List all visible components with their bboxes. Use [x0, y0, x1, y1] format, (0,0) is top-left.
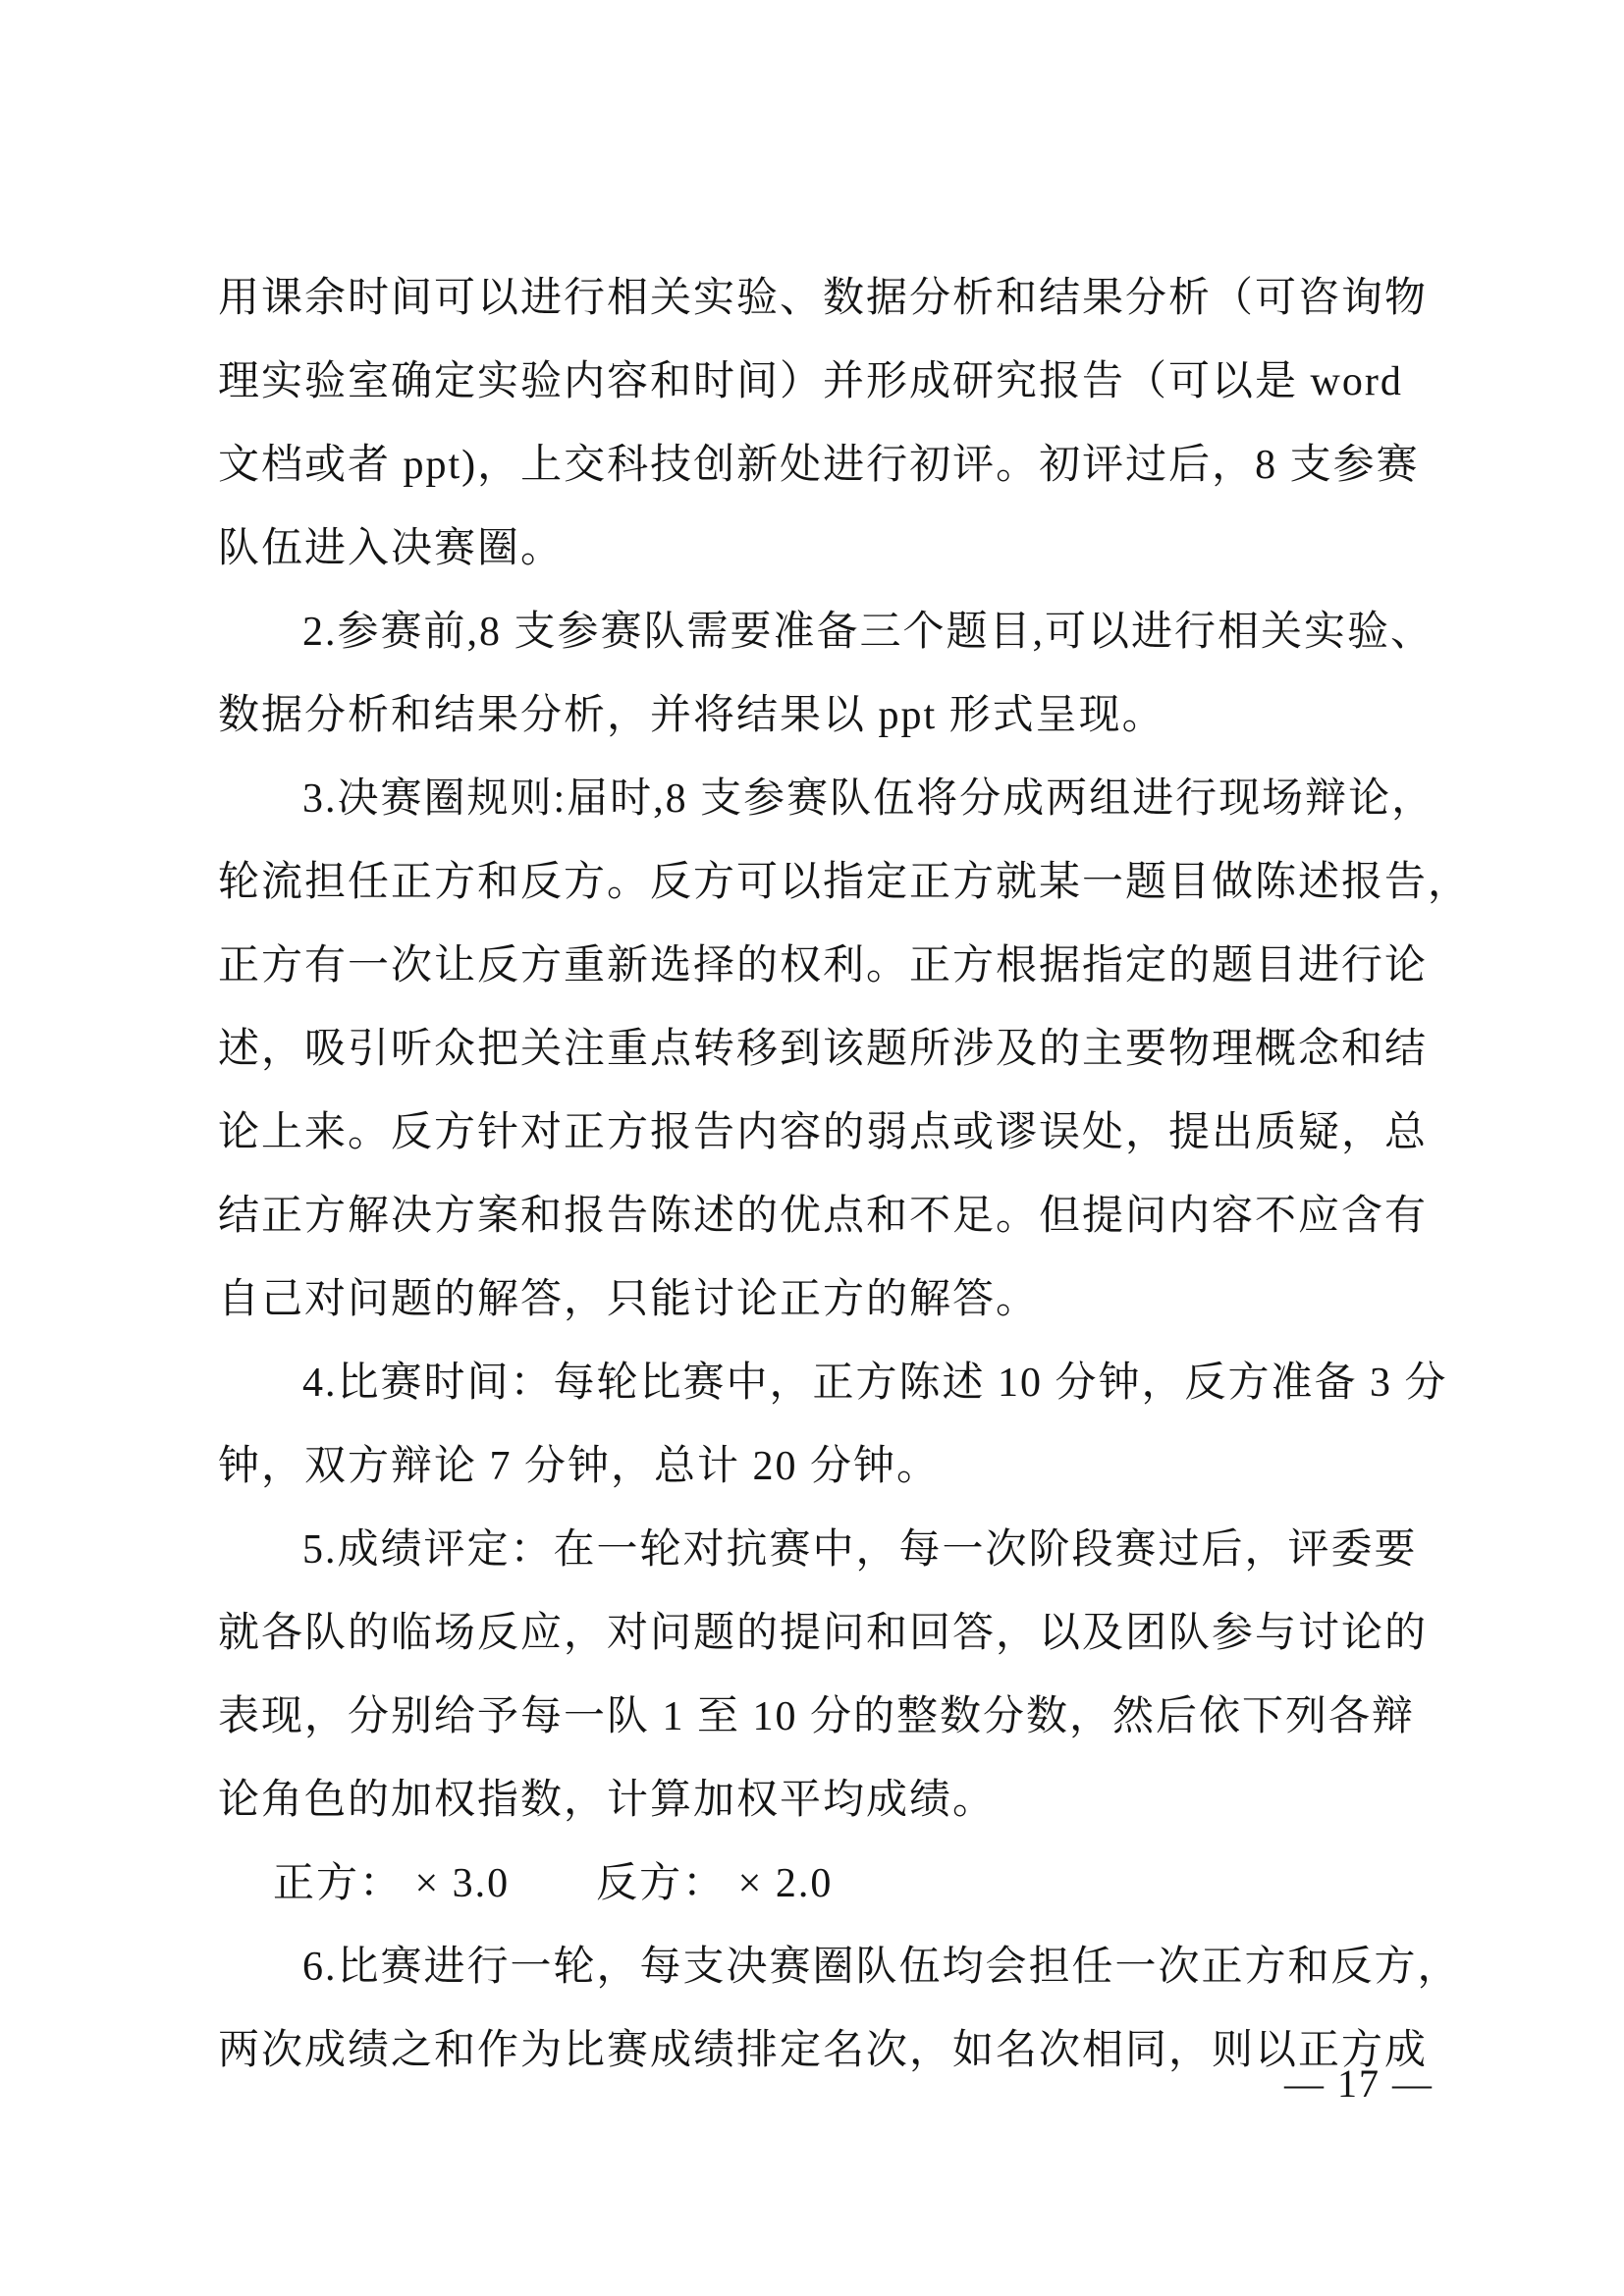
text-line: 论上来。反方针对正方报告内容的弱点或谬误处，提出质疑，总 [218, 1092, 1435, 1175]
text-line: 6.比赛进行一轮，每支决赛圈队伍均会担任一次正方和反方， [218, 1926, 1435, 2009]
text-line: 正方有一次让反方重新选择的权利。正方根据指定的题目进行论 [218, 925, 1435, 1008]
text-line: 文档或者 ppt)，上交科技创新处进行初评。初评过后，8 支参赛 [218, 424, 1435, 507]
text-line: 队伍进入决赛圈。 [218, 507, 1435, 591]
text-line: 自己对问题的解答，只能讨论正方的解答。 [218, 1258, 1435, 1342]
text-line: 3.决赛圈规则:届时,8 支参赛队伍将分成两组进行现场辩论， [218, 758, 1435, 841]
text-line: 2.参赛前,8 支参赛队需要准备三个题目,可以进行相关实验、 [218, 591, 1435, 674]
text-line: 结正方解决方案和报告陈述的优点和不足。但提问内容不应含有 [218, 1175, 1435, 1258]
text-line: 理实验室确定实验内容和时间）并形成研究报告（可以是 word [218, 341, 1435, 424]
text-line: 述，吸引听众把关注重点转移到该题所涉及的主要物理概念和结 [218, 1008, 1435, 1092]
text-line: 4.比赛时间：每轮比赛中，正方陈述 10 分钟，反方准备 3 分 [218, 1342, 1435, 1425]
document-body: 用课余时间可以进行相关实验、数据分析和结果分析（可咨询物理实验室确定实验内容和时… [218, 257, 1435, 2093]
text-line: 表现，分别给予每一队 1 至 10 分的整数分数，然后依下列各辩 [218, 1676, 1435, 1759]
text-line: 5.成绩评定：在一轮对抗赛中，每一次阶段赛过后，评委要 [218, 1509, 1435, 1592]
text-line: 数据分析和结果分析，并将结果以 ppt 形式呈现。 [218, 674, 1435, 758]
text-line: 两次成绩之和作为比赛成绩排定名次，如名次相同，则以正方成 [218, 2009, 1435, 2093]
text-line: 轮流担任正方和反方。反方可以指定正方就某一题目做陈述报告， [218, 841, 1435, 925]
text-line: 钟，双方辩论 7 分钟，总计 20 分钟。 [218, 1425, 1435, 1509]
text-line: 就各队的临场反应，对问题的提问和回答，以及团队参与讨论的 [218, 1592, 1435, 1676]
document-page: 用课余时间可以进行相关实验、数据分析和结果分析（可咨询物理实验室确定实验内容和时… [0, 0, 1624, 2296]
text-line: 用课余时间可以进行相关实验、数据分析和结果分析（可咨询物 [218, 257, 1435, 341]
text-line: 正方： × 3.0 反方： × 2.0 [218, 1842, 1435, 1926]
page-number: — 17 — [1284, 2055, 1434, 2113]
text-line: 论角色的加权指数，计算加权平均成绩。 [218, 1759, 1435, 1842]
